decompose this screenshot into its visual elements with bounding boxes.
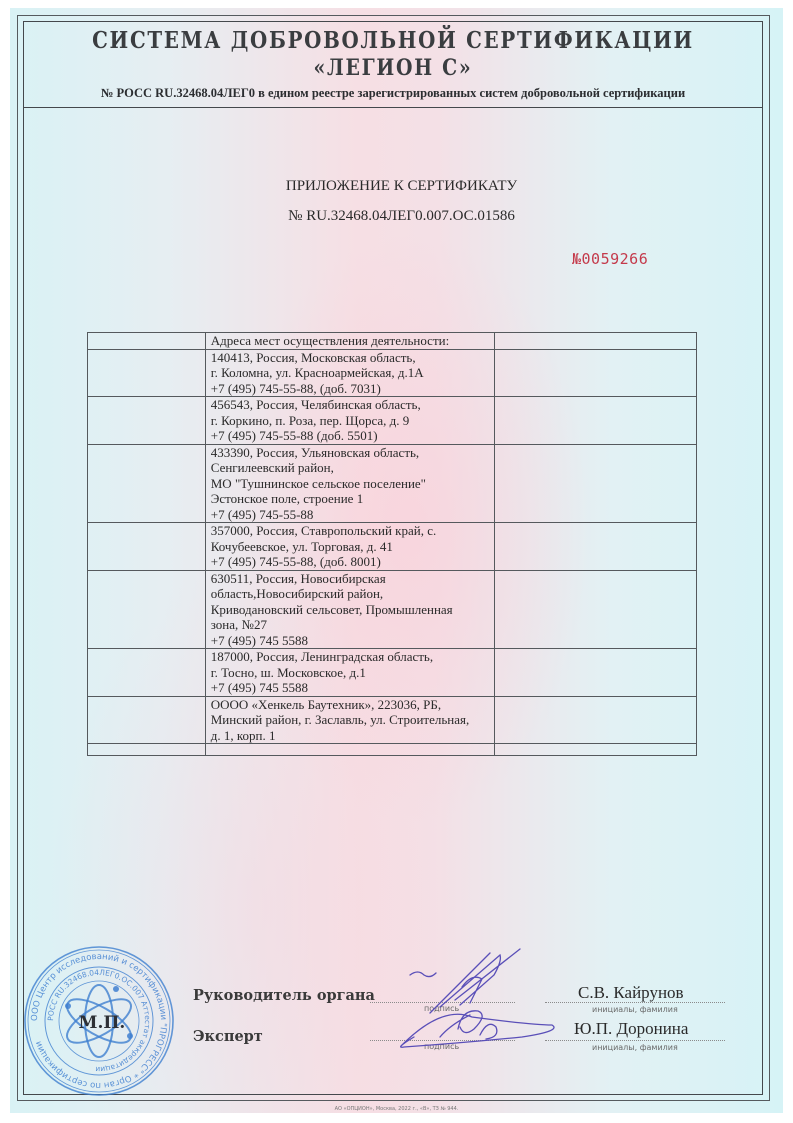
address-line: 187000, Россия, Ленинградская область,	[211, 649, 492, 665]
address-cell: 630511, Россия, Новосибирскаяобласть,Нов…	[205, 570, 495, 649]
table-cell	[495, 570, 697, 649]
address-cell: ОООО «Хенкель Баутехник», 223036, РБ,Мин…	[205, 696, 495, 744]
table-cell	[495, 349, 697, 397]
table-cell	[88, 397, 206, 445]
address-line: 456543, Россия, Челябинская область,	[211, 397, 492, 413]
expert-name-hint: инициалы, фамилия	[592, 1043, 678, 1052]
table-row: 140413, Россия, Московская область,г. Ко…	[88, 349, 697, 397]
expert-name: Ю.П. Доронина	[574, 1019, 688, 1039]
certificate-number: № RU.32468.04ЛЕГ0.007.ОС.01586	[0, 208, 793, 225]
address-line: +7 (495) 745 5588	[211, 633, 492, 649]
table-row: 456543, Россия, Челябинская область,г. К…	[88, 397, 697, 445]
expert-label: Эксперт	[193, 1028, 263, 1045]
table-header-row: Адреса мест осуществления деятельности:	[88, 333, 697, 350]
addresses-table: Адреса мест осуществления деятельности: …	[87, 332, 697, 756]
annex-title: ПРИЛОЖЕНИЕ К СЕРТИФИКАТУ	[0, 178, 793, 195]
table-cell	[495, 397, 697, 445]
address-line: г. Тосно, ш. Московское, д.1	[211, 665, 492, 681]
table-row: 433390, Россия, Ульяновская область,Сенг…	[88, 444, 697, 523]
table-cell	[88, 696, 206, 744]
table-cell	[88, 333, 206, 350]
address-line: область,Новосибирский район,	[211, 586, 492, 602]
table-row: 357000, Россия, Ставропольский край, с.К…	[88, 523, 697, 571]
address-line: ОООО «Хенкель Баутехник», 223036, РБ,	[211, 697, 492, 713]
table-cell	[495, 649, 697, 697]
address-line: Эстонское поле, строение 1	[211, 491, 492, 507]
address-line: +7 (495) 745-55-88, (доб. 8001)	[211, 554, 492, 570]
address-line: 357000, Россия, Ставропольский край, с.	[211, 523, 492, 539]
address-cell: 140413, Россия, Московская область,г. Ко…	[205, 349, 495, 397]
table-cell	[88, 649, 206, 697]
table-row: ОООО «Хенкель Баутехник», 223036, РБ,Мин…	[88, 696, 697, 744]
signatures-handwritten	[400, 945, 560, 1055]
table-cell	[88, 523, 206, 571]
address-line: д. 1, корп. 1	[211, 728, 492, 744]
empty-row	[88, 744, 697, 756]
table-cell	[205, 744, 495, 756]
address-line: +7 (495) 745-55-88, (доб. 7031)	[211, 381, 492, 397]
address-line: 433390, Россия, Ульяновская область,	[211, 445, 492, 461]
table-cell	[495, 333, 697, 350]
stamp-center-text: М.П.	[79, 1013, 126, 1033]
serial-number: №0059266	[572, 250, 648, 268]
address-line: г. Коркино, п. Роза, пер. Щорса, д. 9	[211, 413, 492, 429]
address-line: зона, №27	[211, 617, 492, 633]
address-cell: 187000, Россия, Ленинградская область,г.…	[205, 649, 495, 697]
system-subtitle: «ЛЕГИОН С»	[75, 55, 711, 81]
address-cell: 357000, Россия, Ставропольский край, с.К…	[205, 523, 495, 571]
table-row: 187000, Россия, Ленинградская область,г.…	[88, 649, 697, 697]
table-cell	[495, 523, 697, 571]
address-line: Криводановский сельсовет, Промышленная	[211, 602, 492, 618]
address-line: МО "Тушнинское сельское поселение"	[211, 476, 492, 492]
registry-line: № РОСС RU.32468.04ЛЕГ0 в едином реестре …	[23, 86, 763, 101]
table-cell	[88, 570, 206, 649]
address-line: +7 (495) 745-55-88	[211, 507, 492, 523]
seal-stamp: ООО Центр исследований и сертификации "П…	[22, 944, 176, 1098]
table-header: Адреса мест осуществления деятельности:	[205, 333, 495, 350]
table-cell	[88, 349, 206, 397]
table-cell	[88, 444, 206, 523]
expert-name-line	[545, 1040, 725, 1041]
head-name-hint: инициалы, фамилия	[592, 1005, 678, 1014]
table-cell	[495, 696, 697, 744]
header-divider	[23, 107, 763, 108]
system-title: СИСТЕМА ДОБРОВОЛЬНОЙ СЕРТИФИКАЦИИ	[75, 27, 711, 54]
address-line: г. Коломна, ул. Красноармейская, д.1А	[211, 365, 492, 381]
table-row: 630511, Россия, Новосибирскаяобласть,Нов…	[88, 570, 697, 649]
address-line: +7 (495) 745-55-88 (доб. 5501)	[211, 428, 492, 444]
table-cell	[495, 744, 697, 756]
address-line: Кочубеевское, ул. Торговая, д. 41	[211, 539, 492, 555]
address-cell: 456543, Россия, Челябинская область,г. К…	[205, 397, 495, 445]
address-line: +7 (495) 745 5588	[211, 680, 492, 696]
address-cell: 433390, Россия, Ульяновская область,Сенг…	[205, 444, 495, 523]
address-line: Сенгилеевский район,	[211, 460, 492, 476]
table-cell	[495, 444, 697, 523]
address-line: Минский район, г. Заславль, ул. Строител…	[211, 712, 492, 728]
address-line: 140413, Россия, Московская область,	[211, 350, 492, 366]
address-line: 630511, Россия, Новосибирская	[211, 571, 492, 587]
printer-imprint: АО «ОПЦИОН», Москва, 2022 г., «В», ТЗ № …	[0, 1106, 793, 1112]
head-label: Руководитель органа	[193, 987, 375, 1004]
table-cell	[88, 744, 206, 756]
head-name: С.В. Кайрунов	[578, 983, 684, 1003]
